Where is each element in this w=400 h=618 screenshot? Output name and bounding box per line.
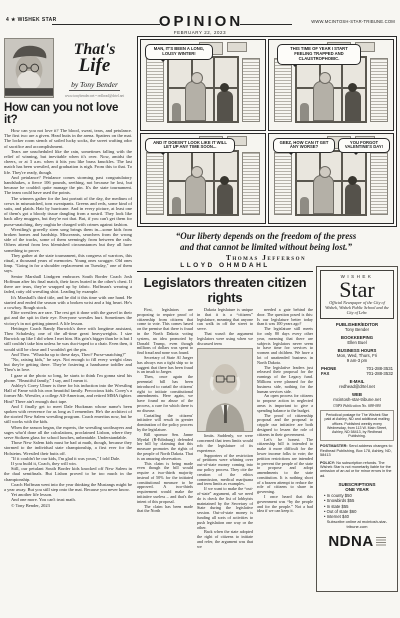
figure-woman — [345, 184, 361, 214]
ndna-logo: NDNA — [328, 533, 385, 550]
newspaper-opinion-page: 4 ★ WISHEK STAR OPINION FEBRUARY 22, 202… — [0, 0, 400, 618]
article-paragraph: Dakota legislature is unique in that it … — [197, 308, 253, 332]
star-logo: Star — [323, 279, 391, 300]
figure-child — [300, 103, 309, 121]
bookkeeping-name: Ellen Buel — [320, 340, 394, 345]
article-paragraph: needed a gate behind the door. The quest… — [257, 308, 313, 327]
portrait-illustration — [198, 349, 252, 431]
article-paragraph: © Tony Bender, 2023 — [4, 503, 132, 508]
column-2-bottom-text: limits. Suddenly, we were concerned that… — [197, 434, 253, 549]
window-mullion — [213, 58, 215, 121]
article-paragraph: "No, raising kids," he says. Not enough … — [4, 357, 132, 373]
subscriptions-title-line2: ONE YEAR — [320, 487, 394, 492]
column-2-top-text: Dakota legislature is unique in that it … — [197, 308, 253, 346]
omdahl-article: LLOYD OHMDAHL Legislators threaten citiz… — [137, 262, 313, 568]
figure-woman — [217, 184, 233, 214]
cartoon-panel-3: AND IT DOESN'T LOOK LIKE IT WILL LET UP … — [140, 133, 266, 225]
pull-quote: “Our liberty depends on the freedom of t… — [140, 231, 392, 262]
bender-headline: How can you not love it? — [4, 102, 132, 126]
article-paragraph: Hettinger Coach Randy Burwick's there wi… — [4, 326, 132, 352]
ndna-logo-mark — [376, 537, 386, 547]
window-blind — [370, 152, 388, 216]
postmaster-label: POSTMASTER: — [320, 444, 348, 448]
figure-woman — [217, 91, 233, 121]
postage-notice: Periodical postage for The Wishek Star p… — [320, 410, 394, 441]
cartoon-panel-2: THIS TIME OF YEAR I START FEELING TRAPPE… — [268, 39, 394, 131]
policy-label: POLICY: — [320, 461, 335, 465]
section-title: OPINION — [158, 13, 244, 30]
ndna-logo-text: NDNA — [328, 533, 373, 550]
article-columns: First, legislators are proposing to requ… — [137, 308, 313, 568]
article-paragraph: Let's be honest. The citizenship bill is… — [257, 438, 313, 496]
figure-man — [313, 175, 333, 215]
article-paragraph: Then, once again the perennial bill has … — [137, 375, 193, 413]
article-paragraph: How can you not love it? The blood, swea… — [4, 128, 132, 149]
star-logo-box: WISHEK Star Official Newspaper of the Ci… — [320, 270, 394, 319]
postmaster-notice: POSTMASTER: Send address changes to: Red… — [320, 444, 394, 457]
figure-woman-head — [220, 83, 229, 92]
article-paragraph: Those New Salem kids must be bad at math… — [4, 440, 132, 456]
column-contact-line: www.tonybender.net • redhead@drtel.net — [57, 94, 132, 98]
article-paragraph: The legislative leaders just released th… — [257, 366, 313, 395]
speech-bubble: AND IT DOESN'T LOOK LIKE IT WILL LET UP … — [145, 138, 235, 154]
article-paragraph: Secretary of State Al Jaeger has always … — [137, 356, 193, 375]
article-paragraph: I gaze at the photo so long, he starts t… — [4, 373, 132, 383]
quote-text-line2: and that cannot be limited without being… — [140, 242, 392, 253]
article-paragraph: The winners gather for the last portrait… — [4, 196, 132, 227]
fax-row: FAX 701-288-3532 — [320, 371, 394, 376]
article-paragraph: Wrestling's gravelly siren song brings t… — [4, 227, 132, 253]
speech-bubble: GEEZ, HOW CAN IT GET ANY WORSE? — [273, 138, 335, 154]
article-paragraph: Bill sponsor Sen. Janne Myrdal (R-Edinbu… — [137, 433, 193, 462]
web-address: mcintosh-star-tribune.net — [320, 397, 394, 402]
quote-attribution: Thomas Jefferson — [140, 253, 392, 262]
header-rule-left — [52, 24, 160, 25]
header-rule-right — [240, 24, 292, 25]
issue-date: FEBRUARY 22, 2023 — [140, 30, 260, 35]
article-paragraph: limits. Suddenly, we were concerned that… — [197, 434, 253, 453]
official-newspaper-text: Official Newspaper of the City of Wishek… — [323, 301, 391, 316]
article-paragraph: And petulance? Petulance comes storming … — [4, 175, 132, 196]
cartoon-panel-1: MAN, IT'S BEEN A LONG, LOUSY WINTER! — [140, 39, 266, 131]
window-blind — [146, 152, 164, 216]
editorial-cartoon: MAN, IT'S BEEN A LONG, LOUSY WINTER! THI… — [137, 36, 397, 227]
window-sketch — [295, 150, 367, 217]
article-paragraph: Curtailing the citizens' initiative will… — [137, 414, 193, 433]
article-paragraph: Elite wrestlers are rare. The rest get i… — [4, 310, 132, 326]
article-paragraph: First, legislators are proposing to requ… — [137, 308, 193, 356]
article-paragraph: If we want to make the “out-of-state” ar… — [197, 487, 253, 530]
policy-notice: POLICY: No subscription refunds. The Wis… — [320, 461, 394, 479]
article-paragraph: Still, our petulant South Border kids kn… — [4, 466, 132, 482]
column-title-block: That's Life by Tony Bender www.tonybende… — [57, 38, 132, 98]
column-title-line2: Life — [57, 57, 132, 74]
figure-man — [313, 81, 333, 121]
fax-label: FAX — [321, 371, 329, 376]
article-paragraph: I once heard that this government was “b… — [257, 495, 313, 514]
article-paragraph: An open process for citizens to propose … — [257, 394, 313, 413]
figure-child — [300, 197, 309, 215]
bender-column: That's Life by Tony Bender www.tonybende… — [4, 38, 132, 608]
subscribe-online-text: Subscribe online at mcintosh-star-tribun… — [320, 520, 394, 529]
figure-man — [185, 81, 205, 121]
quote-text-line1: “Our liberty depends on the freedom of t… — [140, 231, 392, 242]
article-paragraph: Coach Hoffman went into the year thinkin… — [4, 482, 132, 492]
window-blind — [242, 58, 260, 122]
speech-bubble: YOU FORGOT VALENTINE'S DAY! — [338, 138, 390, 154]
article-paragraph: When the season began, the experts, the … — [4, 425, 132, 441]
article-paragraph: They gather at the state tournament, thi… — [4, 253, 132, 274]
tony-bender-photo — [4, 38, 54, 98]
figure-woman — [345, 91, 361, 121]
window-mullion — [341, 152, 343, 215]
article-paragraph: Senior Marshall Lindgren embraces South … — [4, 274, 132, 295]
window-sketch — [295, 56, 367, 123]
article-paragraph: The legislature still meets for only 80 … — [257, 327, 313, 365]
figure-man — [185, 175, 205, 215]
window-blind — [146, 58, 164, 122]
figure-woman-head — [348, 83, 357, 92]
usps-number: USPS Publication No. 688-080 — [320, 404, 394, 408]
portrait-illustration — [5, 39, 53, 97]
figure-child — [172, 103, 181, 121]
article-headline: Legislators threaten citizen rights — [137, 275, 313, 305]
article-paragraph: That wasn't the argument legislators wer… — [197, 332, 253, 346]
business-hours-time: 9 am-3 pm — [320, 358, 394, 363]
article-paragraph: Ashley's Corey Ulmer is there for his in… — [4, 383, 132, 404]
window-blind — [370, 58, 388, 122]
window-sketch — [167, 150, 239, 217]
article-paragraph: This claim is being made even though the… — [137, 462, 193, 505]
article-author: LLOYD OHMDAHL — [137, 262, 313, 272]
article-paragraph: And I finally get to meet Dale Huckman w… — [4, 404, 132, 425]
column-byline: by Tony Bender — [69, 80, 120, 91]
article-paragraph: Back when the state adopted the right of… — [197, 530, 253, 549]
cartoon-panel-4: GEEZ, HOW CAN IT GET ANY WORSE? YOU FORG… — [268, 133, 394, 225]
website-url: WWW.MCINTOSH-STAR-TRIBUNE.COM — [311, 19, 395, 24]
window-blind — [274, 58, 292, 122]
window-mullion — [213, 152, 215, 215]
window-sketch — [167, 56, 239, 123]
article-column-2: Dakota legislature is unique in that it … — [197, 308, 253, 568]
email-address: redhead@drtel.net — [320, 384, 394, 389]
page-number-label: 4 ★ WISHEK STAR — [6, 17, 57, 23]
bender-masthead: That's Life by Tony Bender www.tonybende… — [4, 38, 132, 98]
masthead-sidebar: WISHEK Star Official Newspaper of the Ci… — [316, 266, 398, 592]
bender-article-body: How can you not love it? The blood, swea… — [4, 128, 132, 608]
window-mullion — [341, 58, 343, 121]
speech-bubble: THIS TIME OF YEAR I START FEELING TRAPPE… — [277, 44, 361, 65]
window-blind — [274, 152, 292, 216]
fax-number: 701-288-3532 — [366, 371, 393, 376]
article-paragraph: It's Marshall's third title, and he did … — [4, 295, 132, 311]
lloyd-omdahl-photo — [197, 348, 253, 432]
article-paragraph: Tears are unscheduled like the rain, som… — [4, 149, 132, 175]
publisher-name: Tony Bender — [320, 327, 394, 332]
building-sketch — [227, 42, 247, 52]
article-paragraph: The proof of citizenship proposal and th… — [257, 414, 313, 438]
subscription-rates-list: • In county $50• Snowbirds $55• In state… — [320, 493, 394, 519]
article-paragraph: Supporters of the restriction of petitio… — [197, 454, 253, 488]
article-column-3: needed a gate behind the door. The quest… — [257, 308, 313, 568]
figure-child — [172, 197, 181, 215]
article-column-1: First, legislators are proposing to requ… — [137, 308, 193, 568]
speech-bubble: MAN, IT'S BEEN A LONG, LOUSY WINTER! — [145, 44, 213, 60]
window-blind — [242, 152, 260, 216]
article-paragraph: The claim has been made that the North — [137, 505, 193, 515]
